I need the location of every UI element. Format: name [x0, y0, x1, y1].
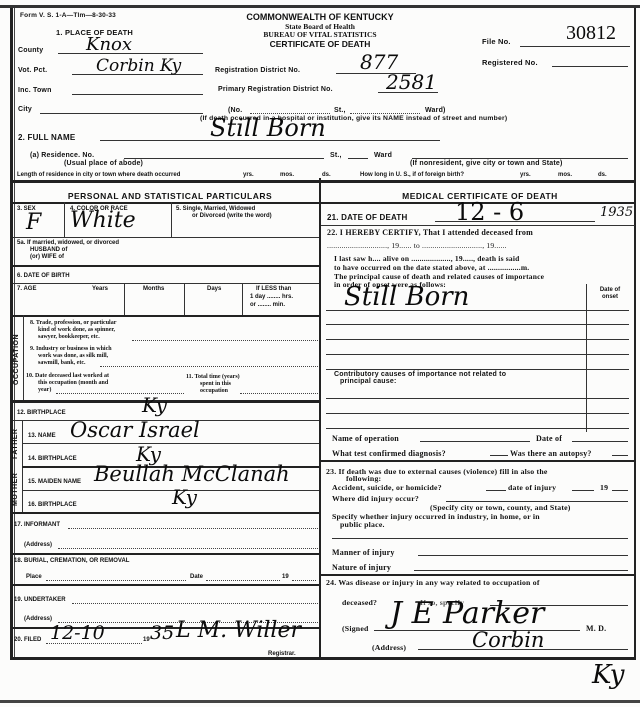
bureau-title: BUREAU OF VITAL STATISTICS [220, 30, 420, 39]
mother-birthplace-label: 16. BIRTHPLACE [28, 502, 77, 508]
years-label: Years [92, 286, 108, 292]
inc-town-label: Inc. Town [18, 87, 52, 94]
no-label: (No. [228, 107, 242, 114]
burial-date-label: Date [190, 574, 203, 580]
registered-no-label: Registered No. [482, 58, 538, 67]
contributory-label-2: principal cause: [340, 378, 397, 385]
county-value: Knox [86, 34, 132, 55]
certify-label: 22. I HEREBY CERTIFY, That I attended de… [327, 228, 533, 237]
full-name-label: 2. FULL NAME [18, 133, 75, 142]
father-name-value: Oscar Israel [70, 418, 200, 442]
date-of-death-label: 21. DATE OF DEATH [327, 213, 407, 222]
spouse-label-2: HUSBAND of [30, 247, 67, 253]
physician-address-value: Corbin [472, 628, 544, 652]
industry-label-1: 9. Industry or business in which [30, 346, 112, 352]
total-time-label-3: occupation [200, 388, 228, 394]
foreign-birth-label: How long in U. S., if of foreign birth? [360, 172, 464, 178]
mother-side-label: MOTHER [12, 467, 19, 512]
personal-heading: PERSONAL AND STATISTICAL PARTICULARS [40, 191, 300, 201]
foreign-mos-label: mos. [558, 172, 572, 178]
date-of-injury-label: date of injury [508, 483, 556, 492]
certificate-title: CERTIFICATE OF DEATH [220, 39, 420, 49]
physician-address-label: (Address) [372, 643, 406, 652]
primary-registration-value: 2581 [386, 70, 437, 94]
where-injury-label: Where did injury occur? [332, 494, 419, 503]
length-residence-label: Length of residence in city or town wher… [17, 172, 180, 178]
foreign-yrs-label: yrs. [520, 172, 531, 178]
birthplace-value: Ky [142, 393, 167, 417]
vot-pct-label: Vot. Pct. [18, 67, 47, 74]
registration-district-label: Registration District No. [215, 67, 300, 74]
manner-of-injury-label: Manner of injury [332, 548, 395, 557]
file-no-label: File No. [482, 37, 511, 46]
state-title: COMMONWEALTH OF KENTUCKY [220, 12, 420, 22]
autopsy-label: Was there an autopsy? [510, 449, 592, 458]
occupation-related-label-1: 24. Was disease or injury in any way rel… [326, 578, 540, 587]
death-year-value: 1935 [600, 205, 633, 220]
father-name-label: 13. NAME [28, 433, 56, 439]
less-than-label-3: or ........ min. [250, 302, 285, 308]
operation-label: Name of operation [332, 434, 399, 443]
months-label: Months [143, 286, 164, 292]
md-label: M. D. [586, 624, 606, 633]
father-birthplace-label: 14. BIRTHPLACE [28, 456, 77, 462]
vot-pct-value: Corbin Ky [96, 56, 181, 76]
file-number: 30812 [566, 22, 616, 45]
contributory-label-1: Contributory causes of importance not re… [334, 371, 506, 378]
injury-year-prefix: 19 [600, 483, 608, 492]
spouse-label-1: 5a. If married, widowed, or divorced [17, 240, 119, 246]
county-label: County [18, 47, 43, 54]
industry-label-2: work was done, as silk mill, [38, 353, 108, 359]
less-than-label-1: If LESS than [256, 286, 291, 292]
trade-label-1: 8. Trade, profession, or particular [30, 320, 116, 326]
form-number: Form V. S. 1-A—Tlm—8-30-33 [20, 12, 116, 19]
filed-label: 20. FILED [14, 637, 41, 643]
external-causes-label-2: following: [346, 474, 381, 483]
accident-label: Accident, suicide, or homicide? [332, 483, 442, 492]
registrar-signature: L M. Willer [176, 618, 301, 643]
mother-maiden-label: 15. MAIDEN NAME [28, 479, 81, 485]
burial-label: 18. BURIAL, CREMATION, OR REMOVAL [14, 558, 129, 564]
marital-label-2: or Divorced (write the word) [192, 213, 272, 219]
informant-label: 17. INFORMANT [14, 522, 60, 528]
occurred-label: to have occurred on the date stated abov… [334, 263, 529, 272]
mother-maiden-value: Beullah McClanah [94, 462, 290, 486]
industry-label-3: sawmill, bank, etc. [38, 360, 86, 366]
undertaker-label: 19. UNDERTAKER [14, 597, 66, 603]
filed-date: 12-10 [50, 622, 105, 644]
physician-address-state: Ky [592, 660, 624, 690]
last-worked-label-3: year) [38, 387, 51, 393]
primary-registration-label: Primary Registration District No. [218, 86, 333, 93]
burial-year-prefix: 19 [282, 574, 289, 580]
color-value: White [70, 208, 136, 233]
marital-label-1: 5. Single, Married, Widowed [176, 206, 255, 212]
nonresident-note: (If nonresident, give city or town and S… [410, 160, 563, 167]
last-saw-label: I last saw h.... alive on ..............… [334, 254, 520, 263]
foreign-ds-label: ds. [598, 172, 607, 178]
abode-label: (Usual place of abode) [64, 160, 143, 167]
residence-st-label: St., [330, 152, 342, 159]
bottom-border [0, 700, 640, 703]
death-certificate: Form V. S. 1-A—Tlm—8-30-33 COMMONWEALTH … [0, 0, 640, 707]
physician-signature: J E Parker [390, 596, 544, 631]
test-label: What test confirmed diagnosis? [332, 449, 446, 458]
full-name-value: Still Born [210, 114, 326, 142]
mother-birthplace-value: Ky [172, 485, 197, 509]
center-divider [319, 178, 321, 658]
city-label: City [18, 106, 32, 113]
trade-label-3: sawyer, bookkeeper, etc. [38, 334, 100, 340]
date-of-label: Date of [536, 434, 562, 443]
days-label: Days [207, 286, 221, 292]
age-label: 7. AGE [17, 286, 36, 292]
total-time-label-2: spent in this [200, 381, 231, 387]
attended-from-to: ............................., 19...... … [327, 241, 507, 250]
last-worked-label-2: this occupation (month and [38, 380, 108, 386]
right-border [634, 8, 636, 658]
father-side-label: FATHER [12, 421, 19, 466]
nature-of-injury-label: Nature of injury [332, 563, 391, 572]
occupation-related-label-2: deceased? [342, 598, 377, 607]
occupation-side-label: OCCUPATION [13, 320, 20, 398]
informant-address-label: (Address) [24, 542, 52, 548]
signed-label: (Signed [342, 624, 369, 633]
cause-of-death-value: Still Born [344, 282, 469, 312]
less-than-label-2: 1 day ........ hrs. [250, 294, 293, 300]
specify-place-note: (Specify city or town, county, and State… [430, 503, 571, 512]
filed-year: 35 [150, 622, 174, 644]
last-worked-label-1: 10. Date deceased last worked at [26, 373, 109, 379]
total-time-label-1: 11. Total time (years) [186, 374, 240, 380]
specify-whether-label-2: public place. [340, 520, 385, 529]
top-border [0, 5, 640, 8]
undertaker-address-label: (Address) [24, 616, 52, 622]
date-of-onset-label: Date of onset [592, 287, 628, 301]
sex-value: F [26, 210, 41, 235]
residence-ward-label: Ward [374, 152, 392, 159]
date-of-death-value: 12 - 6 [455, 198, 524, 226]
burial-place-label: Place [26, 574, 42, 580]
date-of-birth-label: 6. DATE OF BIRTH [17, 273, 70, 279]
length-ds-label: ds. [322, 172, 331, 178]
st-label: St., [334, 107, 346, 114]
birthplace-label: 12. BIRTHPLACE [17, 410, 66, 416]
length-yrs-label: yrs. [243, 172, 254, 178]
length-mos-label: mos. [280, 172, 294, 178]
trade-label-2: kind of work done, as spinner, [38, 327, 115, 333]
filed-year-prefix: 19 [143, 637, 150, 643]
spouse-label-3: (or) WIFE of [30, 254, 64, 260]
ward-label: Ward) [425, 107, 446, 114]
residence-label: (a) Residence. No. [30, 152, 94, 159]
